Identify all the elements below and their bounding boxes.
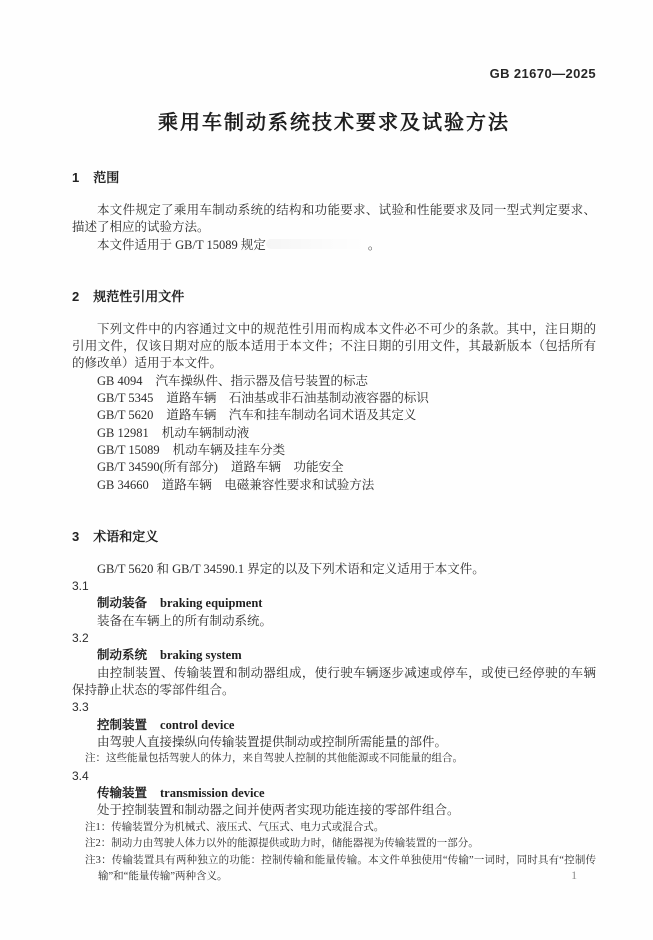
section-heading-scope: 1范围 <box>72 167 596 186</box>
term-title: 制动装备braking equipment <box>72 595 596 612</box>
term-note: 注2：制动力由驾驶人体力以外的能源提供或助力时，储能器视为传输装置的一部分。 <box>85 836 596 853</box>
section-number: 3 <box>72 529 79 544</box>
reference-item: GB/T 5620道路车辆 汽车和挂车制动名词术语及其定义 <box>72 407 596 424</box>
section-title: 术语和定义 <box>93 529 158 544</box>
term-chinese: 传输装置 <box>97 786 147 800</box>
reference-code: GB 4094 <box>97 374 143 388</box>
section-heading-references: 2规范性引用文件 <box>72 286 596 305</box>
reference-code: GB/T 15089 <box>97 443 160 457</box>
section-terms-definitions: 3术语和定义 GB/T 5620 和 GB/T 34590.1 界定的以及下列术… <box>72 526 596 886</box>
term-3-3: 3.3 控制装置control device 由驾驶人直接操纵向传输装置提供制动… <box>72 699 596 767</box>
term-number: 3.2 <box>72 630 596 647</box>
terms-intro: GB/T 5620 和 GB/T 34590.1 界定的以及下列术语和定义适用于… <box>72 561 596 578</box>
section-number: 2 <box>72 289 79 304</box>
term-title: 传输装置transmission device <box>72 785 596 802</box>
document-page: GB 21670—2025 乘用车制动系统技术要求及试验方法 1范围 本文件规定… <box>0 0 653 940</box>
reference-item: GB/T 34590(所有部分)道路车辆 功能安全 <box>72 459 596 476</box>
term-definition: 由驾驶人直接操纵向传输装置提供制动或控制所需能量的部件。 <box>72 734 596 751</box>
reference-item: GB 4094汽车操纵件、指示器及信号装置的标志 <box>72 373 596 390</box>
section-scope: 1范围 本文件规定了乘用车制动系统的结构和功能要求、试验和性能要求及同一型式判定… <box>72 167 596 254</box>
reference-code: GB/T 34590(所有部分) <box>97 460 218 474</box>
scope-paragraph: 本文件规定了乘用车制动系统的结构和功能要求、试验和性能要求及同一型式判定要求、描… <box>72 202 596 237</box>
term-english: control device <box>160 718 234 732</box>
term-chinese: 制动装备 <box>97 596 147 610</box>
term-chinese: 制动系统 <box>97 648 147 662</box>
section-heading-terms: 3术语和定义 <box>72 526 596 545</box>
references-intro: 下列文件中的内容通过文中的规范性引用而构成本文件必不可少的条款。其中，注日期的引… <box>72 321 596 373</box>
term-definition: 由控制装置、传输装置和制动器组成，使行驶车辆逐步减速或停车，或使已经停驶的车辆保… <box>72 665 596 700</box>
term-english: braking system <box>160 648 242 662</box>
reference-code: GB/T 5345 <box>97 391 153 405</box>
reference-item: GB 12981机动车辆制动液 <box>72 425 596 442</box>
term-title: 制动系统braking system <box>72 647 596 664</box>
reference-title: 道路车辆 石油基或非石油基制动液容器的标识 <box>166 391 429 405</box>
term-chinese: 控制装置 <box>97 718 147 732</box>
term-note: 注1：传输装置分为机械式、液压式、气压式、电力式或混合式。 <box>85 820 596 837</box>
term-definition: 处于控制装置和制动器之间并使两者实现功能连接的零部件组合。 <box>72 802 596 819</box>
reference-title: 道路车辆 功能安全 <box>231 460 344 474</box>
term-note: 注3：传输装置具有两种独立的功能：控制传输和能量传输。本文件单独使用“传输”一词… <box>85 853 596 886</box>
reference-list: GB 4094汽车操纵件、指示器及信号装置的标志 GB/T 5345道路车辆 石… <box>72 373 596 494</box>
applicability-text: 本文件适用于 GB/T 15089 规定 <box>97 238 266 252</box>
reference-item: GB 34660道路车辆 电磁兼容性要求和试验方法 <box>72 477 596 494</box>
page-number: 1 <box>571 870 577 882</box>
term-3-4: 3.4 传输装置transmission device 处于控制装置和制动器之间… <box>72 768 596 886</box>
reference-code: GB/T 5620 <box>97 408 153 422</box>
reference-title: 道路车辆 汽车和挂车制动名词术语及其定义 <box>166 408 416 422</box>
reference-code: GB 12981 <box>97 426 149 440</box>
document-title: 乘用车制动系统技术要求及试验方法 <box>72 106 596 135</box>
term-english: braking equipment <box>160 596 262 610</box>
term-number: 3.4 <box>72 768 596 785</box>
term-definition: 装备在车辆上的所有制动系统。 <box>72 613 596 630</box>
reference-item: GB/T 5345道路车辆 石油基或非石油基制动液容器的标识 <box>72 390 596 407</box>
standard-number: GB 21670—2025 <box>72 66 596 81</box>
reference-title: 道路车辆 电磁兼容性要求和试验方法 <box>162 478 375 492</box>
section-title: 规范性引用文件 <box>93 289 184 304</box>
term-english: transmission device <box>160 786 265 800</box>
term-title: 控制装置control device <box>72 717 596 734</box>
scope-applicability-paragraph: 本文件适用于 GB/T 15089 规定。 <box>72 237 596 254</box>
applicability-period: 。 <box>368 238 381 252</box>
section-title: 范围 <box>93 170 119 185</box>
reference-title: 机动车辆制动液 <box>162 426 250 440</box>
term-number: 3.3 <box>72 699 596 716</box>
redacted-area <box>266 239 368 249</box>
term-note: 注：这些能量包括驾驶人的体力，来自驾驶人控制的其他能源或不同能量的组合。 <box>85 751 596 768</box>
term-3-2: 3.2 制动系统braking system 由控制装置、传输装置和制动器组成，… <box>72 630 596 699</box>
section-number: 1 <box>72 170 79 185</box>
term-number: 3.1 <box>72 578 596 595</box>
reference-code: GB 34660 <box>97 478 149 492</box>
reference-item: GB/T 15089机动车辆及挂车分类 <box>72 442 596 459</box>
section-normative-references: 2规范性引用文件 下列文件中的内容通过文中的规范性引用而构成本文件必不可少的条款… <box>72 286 596 494</box>
reference-title: 机动车辆及挂车分类 <box>173 443 286 457</box>
term-3-1: 3.1 制动装备braking equipment 装备在车辆上的所有制动系统。 <box>72 578 596 630</box>
reference-title: 汽车操纵件、指示器及信号装置的标志 <box>156 374 369 388</box>
